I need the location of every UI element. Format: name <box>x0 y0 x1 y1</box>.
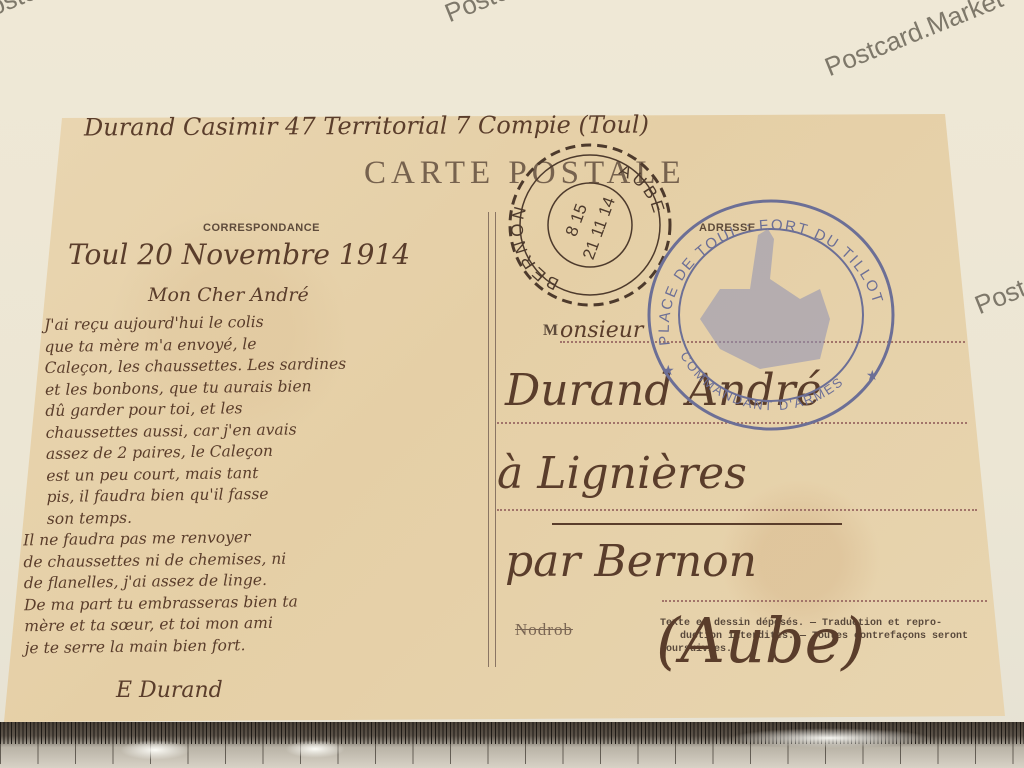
letter-body: J'ai reçu aujourd'hui le colisque ta mèr… <box>44 311 350 659</box>
monsieur-prefix: M <box>543 322 558 340</box>
glare <box>285 740 345 758</box>
glare <box>730 728 930 748</box>
letter-signature: E Durand <box>116 678 223 703</box>
publisher-mark: Nodrob <box>515 620 573 640</box>
letter-line: et les bonbons, que tu aurais bien <box>45 375 347 401</box>
address-monsieur: onsieur <box>560 318 643 343</box>
correspondance-label: CORRESPONDANCE <box>203 222 320 234</box>
ruler <box>0 722 1024 768</box>
address-department: (Aube) <box>656 604 865 677</box>
svg-text:★: ★ <box>662 364 675 379</box>
postcard: Durand Casimir 47 Territorial 7 Compie (… <box>0 0 1024 768</box>
address-line <box>497 509 977 511</box>
letter-place-date: Toul 20 Novembre 1914 <box>68 238 410 271</box>
address-town: à Lignières <box>497 448 747 499</box>
svg-text:BERNON: BERNON <box>508 202 562 294</box>
address-via: par Bernon <box>505 536 757 587</box>
address-line <box>662 600 987 602</box>
letter-salutation: Mon Cher André <box>148 284 309 306</box>
letter-line: je te serre la main bien fort. <box>25 633 351 659</box>
glare <box>120 740 190 760</box>
sender-header: Durand Casimir 47 Territorial 7 Compie (… <box>84 111 649 142</box>
center-divider <box>488 212 496 667</box>
svg-text:21 11 14: 21 11 14 <box>579 194 619 262</box>
underline <box>552 523 842 525</box>
svg-text:★: ★ <box>866 369 879 384</box>
military-stamp: PLACE DE TOUL : FORT DU TILLOT COMMANDAN… <box>640 195 902 435</box>
